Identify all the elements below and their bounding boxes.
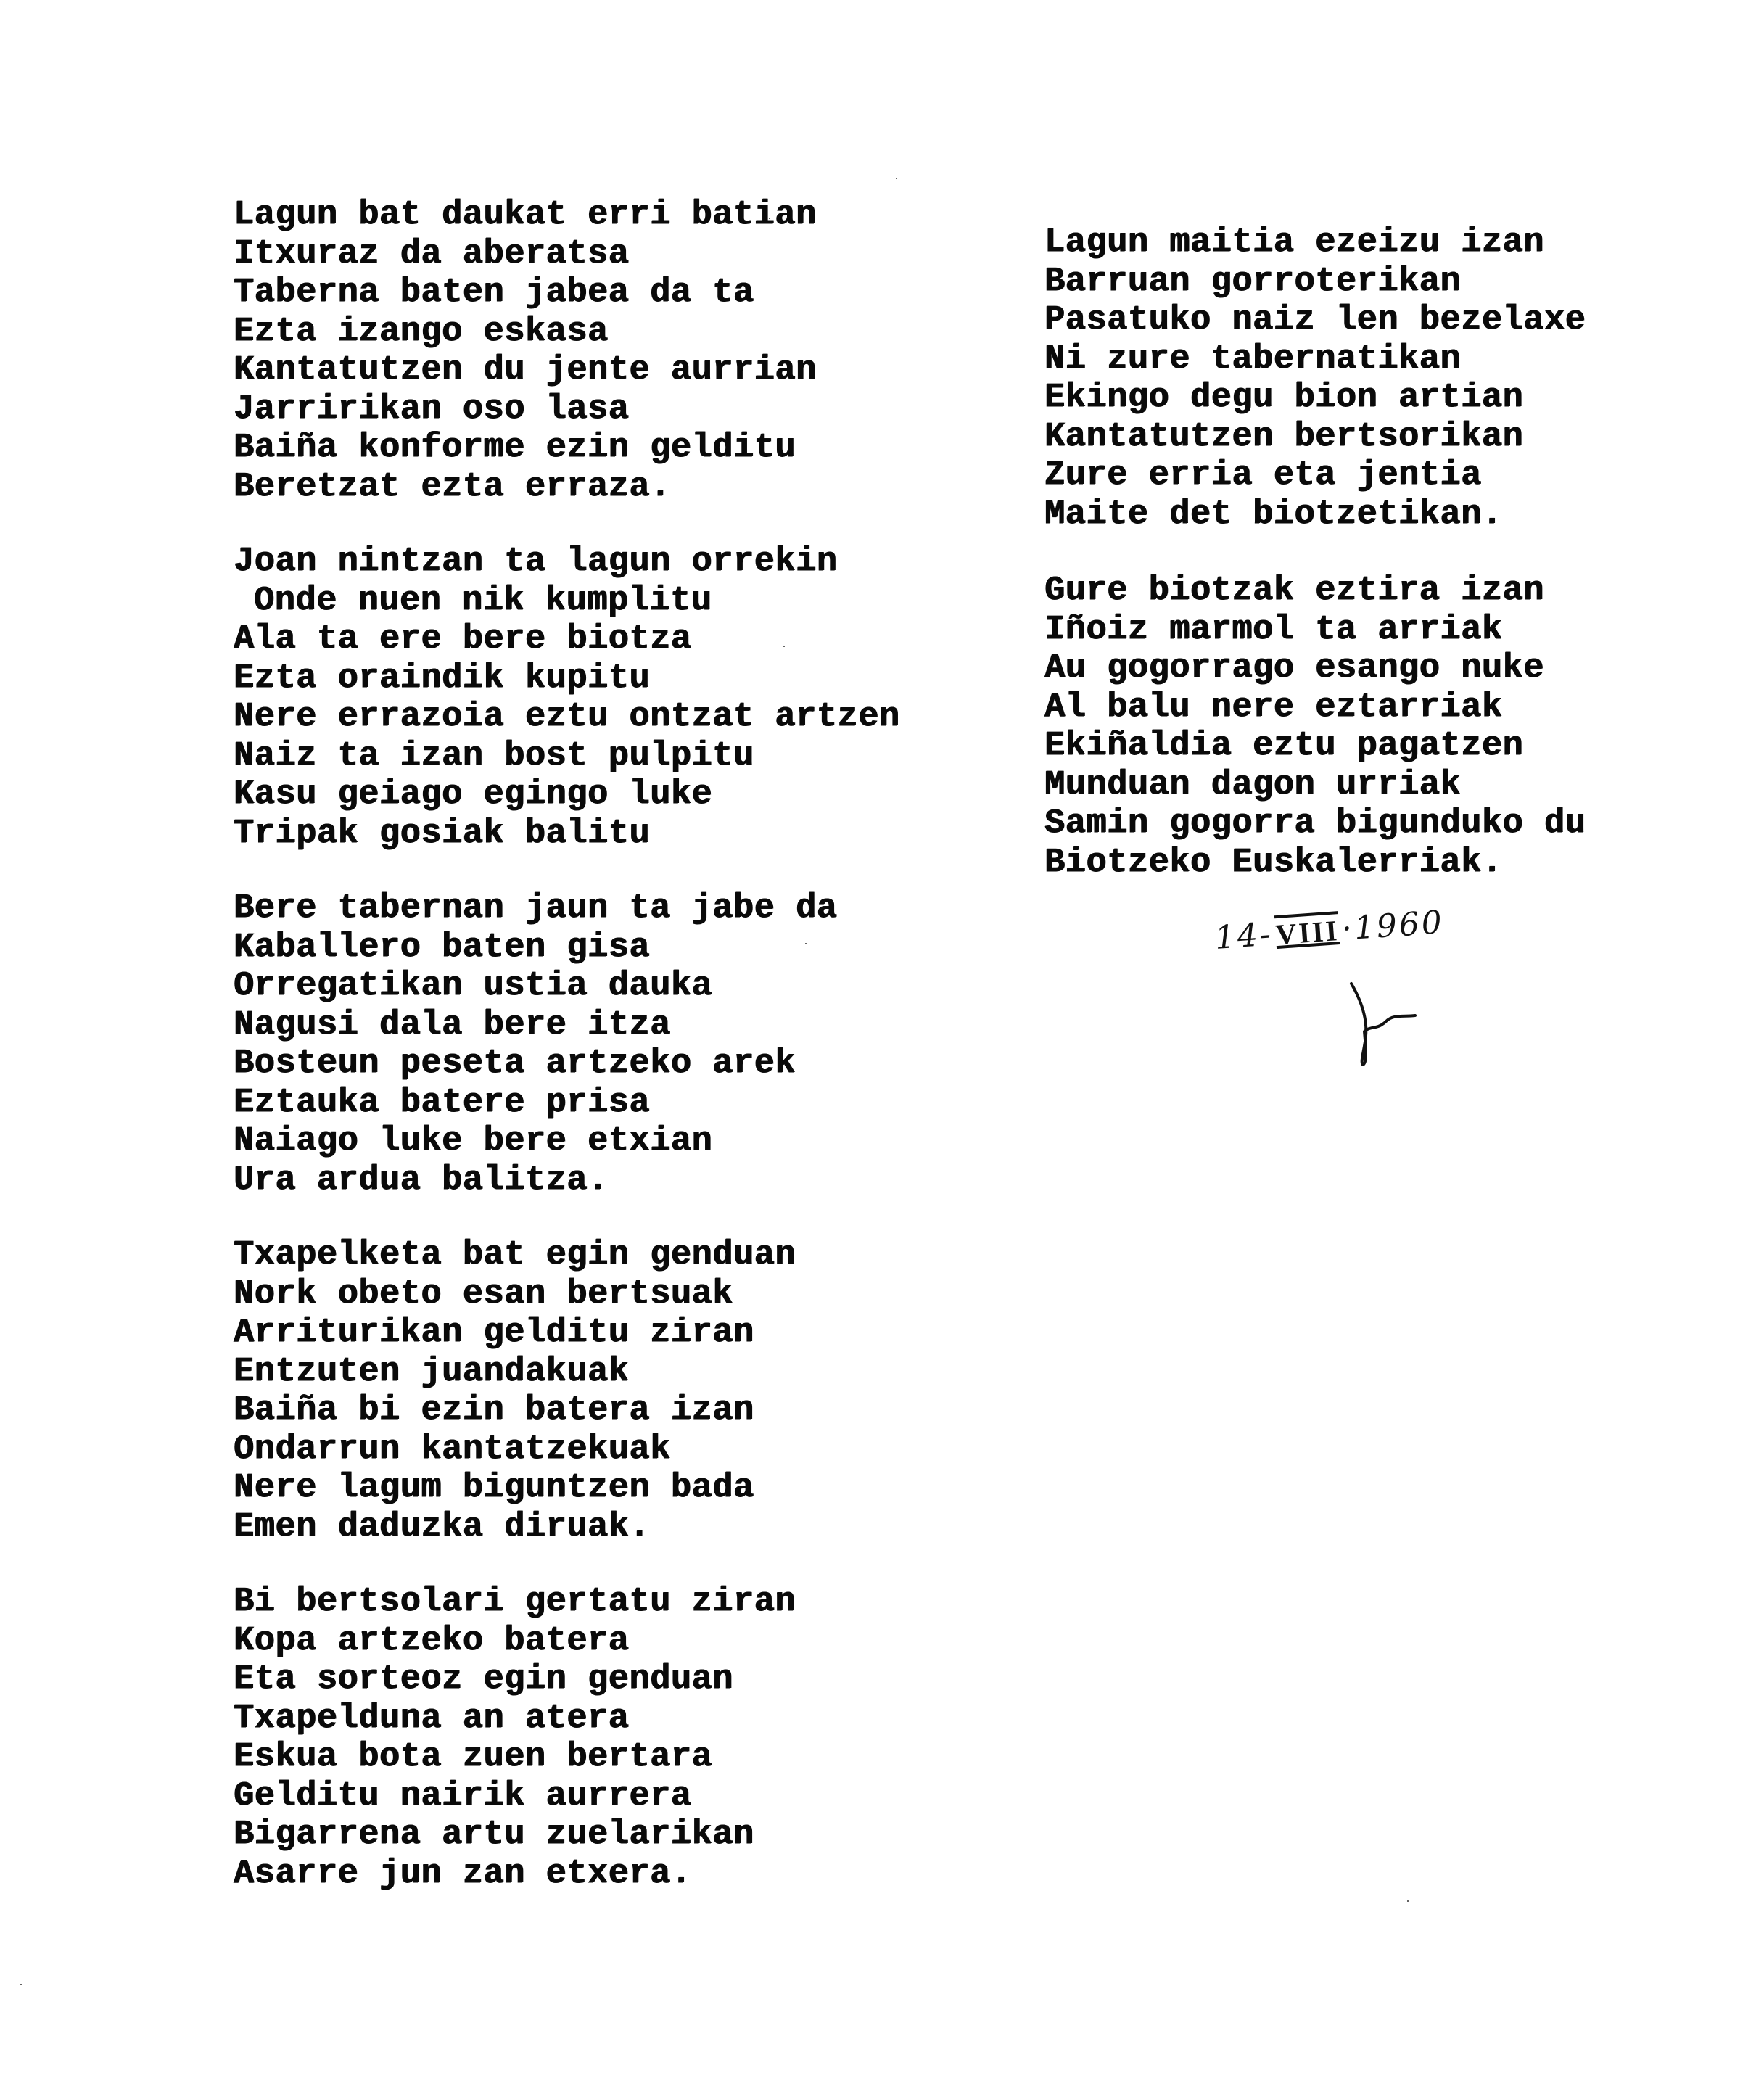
verse-line: Tripak gosiak balitu [234,815,995,854]
stanza: Lagun bat daukat erri batianItxuraz da a… [234,196,995,506]
verse-line: Lagun bat daukat erri batian [234,196,995,235]
verse-line: Gelditu nairik aurrera [234,1777,995,1816]
scan-speck [20,1984,22,1985]
verse-line: Taberna baten jabea da ta [234,273,995,313]
verse-line: Pasatuko naiz len bezelaxe [1044,301,1697,340]
verse-line: Txapelduna an atera [234,1699,995,1739]
verse-line: Au gogorrago esango nuke [1044,649,1697,688]
scan-speck [805,943,807,944]
verse-line: Ala ta ere bere biotza [234,620,995,659]
verse-line: Entzuten juandakuak [234,1353,995,1392]
verse-line: Eta sorteoz egin genduan [234,1660,995,1699]
verse-line: Jarririkan oso lasa [234,390,995,429]
verse-line: Joan nintzan ta lagun orrekin [234,543,995,582]
verse-line: Baiña bi ezin batera izan [234,1391,995,1430]
scan-speck [896,178,897,179]
stanza: Bere tabernan jaun ta jabe daKaballero b… [234,889,995,1200]
verse-line: Ondarrun kantatzekuak [234,1430,995,1470]
right-column: Lagun maitia ezeizu izanBarruan gorroter… [1044,223,1697,882]
scan-speck [769,218,770,219]
verse-line: Kantatutzen bertsorikan [1044,418,1697,457]
document-page: Lagun bat daukat erri batianItxuraz da a… [0,0,1764,2089]
verse-line: Beretzat ezta erraza. [234,468,995,507]
verse-line: Asarre jun zan etxera. [234,1855,995,1894]
verse-line: Kantatutzen du jente aurrian [234,351,995,390]
verse-line: Naiz ta izan bost pulpitu [234,737,995,776]
verse-line: Kaballero baten gisa [234,928,995,968]
verse-line: Zure erria eta jentia [1044,456,1697,495]
stanza: Bi bertsolari gertatu ziranKopa artzeko … [234,1583,995,1893]
verse-line: Kopa artzeko batera [234,1622,995,1661]
verse-line: Itxuraz da aberatsa [234,235,995,274]
verse-line: Nere lagum biguntzen bada [234,1469,995,1508]
verse-line: Biotzeko Euskalerriak. [1044,844,1697,883]
scan-speck [1407,1900,1409,1902]
date-day: 14 [1213,917,1261,957]
verse-line: Lagun maitia ezeizu izan [1044,223,1697,263]
verse-line: Naiago luke bere etxian [234,1122,995,1161]
verse-line: Ezta oraindik kupitu [234,659,995,699]
verse-line: Onde nuen nik kumplitu [234,582,995,621]
verse-line: Ezta izango eskasa [234,313,995,352]
verse-line: Ni zure tabernatikan [1044,340,1697,379]
verse-line: Maite det biotzetikan. [1044,495,1697,535]
verse-line: Ekingo degu bion artian [1044,379,1697,418]
verse-line: Emen daduzka diruak. [234,1508,995,1547]
verse-line: Bere tabernan jaun ta jabe da [234,889,995,928]
verse-line: Kasu geiago egingo luke [234,775,995,815]
verse-line: Eztauka batere prisa [234,1084,995,1123]
verse-line: Ura ardua balitza. [234,1161,995,1200]
verse-line: Iñoiz marmol ta arriak [1044,611,1697,650]
date-month: VIII [1272,914,1343,952]
signature-icon [1345,979,1425,1066]
verse-line: Nagusi dala bere itza [234,1006,995,1045]
date-year: 1960 [1353,904,1445,947]
stanza: Gure biotzak eztira izanIñoiz marmol ta … [1044,572,1697,882]
verse-line: Bosteun peseta artzeko arek [234,1044,995,1084]
verse-line: Bigarrena artu zuelarikan [234,1816,995,1855]
verse-line: Baiña konforme ezin gelditu [234,429,995,468]
verse-line: Txapelketa bat egin genduan [234,1236,995,1275]
verse-line: Orregatikan ustia dauka [234,967,995,1006]
verse-line: Barruan gorroterikan [1044,263,1697,302]
left-column: Lagun bat daukat erri batianItxuraz da a… [234,196,995,1893]
stanza: Joan nintzan ta lagun orrekinOnde nuen n… [234,543,995,853]
handwritten-date: 14-VIII·1960 [1213,904,1445,957]
verse-line: Gure biotzak eztira izan [1044,572,1697,611]
verse-line: Arriturikan gelditu ziran [234,1314,995,1353]
stanza: Txapelketa bat egin genduanNork obeto es… [234,1236,995,1546]
verse-line: Bi bertsolari gertatu ziran [234,1583,995,1622]
verse-line: Al balu nere eztarriak [1044,688,1697,728]
verse-line: Eskua bota zuen bertara [234,1738,995,1777]
verse-line: Samin gogorra bigunduko du [1044,804,1697,844]
verse-line: Munduan dagon urriak [1044,766,1697,805]
stanza: Lagun maitia ezeizu izanBarruan gorroter… [1044,223,1697,534]
verse-line: Nork obeto esan bertsuak [234,1275,995,1314]
scan-speck [783,646,785,647]
verse-line: Ekiñaldia eztu pagatzen [1044,727,1697,766]
verse-line: Nere errazoia eztu ontzat artzen [234,698,995,737]
